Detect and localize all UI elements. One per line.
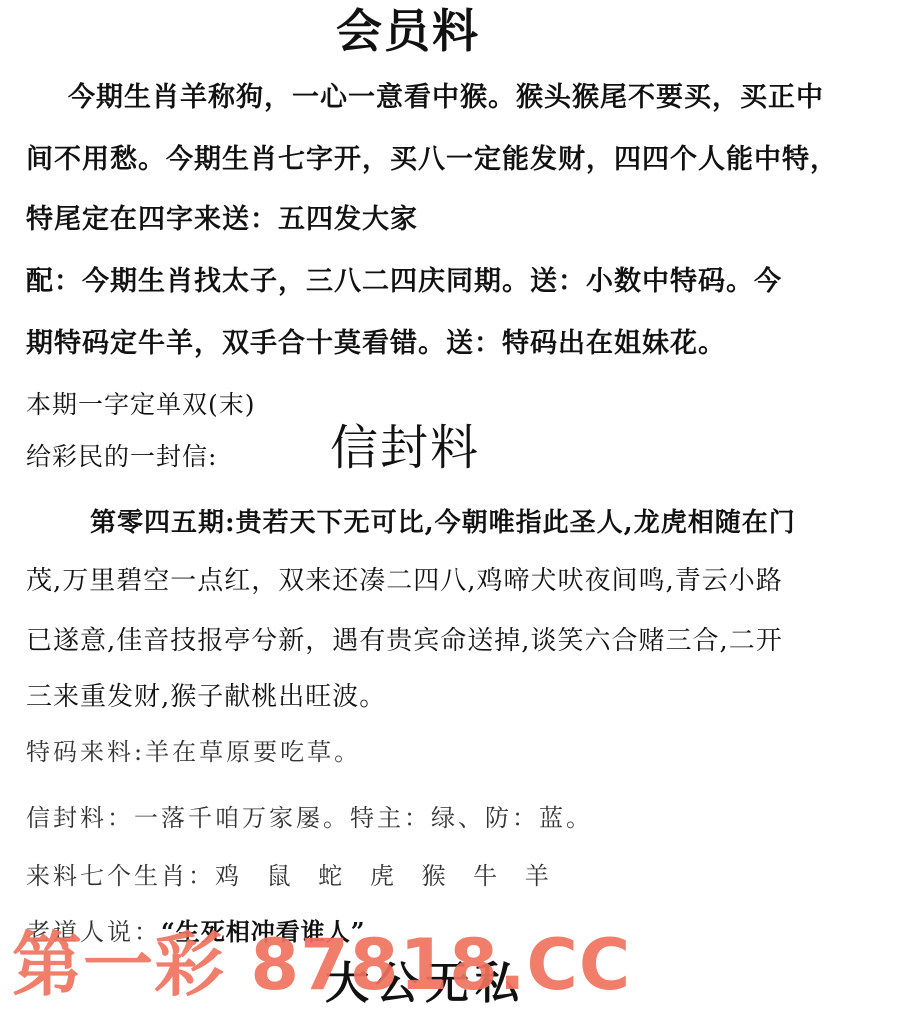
poem-line-1: 第零四五期:贵若天下无可比,今朝唯指此圣人,龙虎相随在门 xyxy=(90,510,796,536)
member-section-title: 会员料 xyxy=(336,8,480,54)
seven-zodiacs-row: 来料七个生肖：鸡 鼠 蛇 虎 猴 牛 羊 xyxy=(26,864,559,888)
member-line-1: 今期生肖羊称狗，一心一意看中猴。猴头猴尾不要买，买正中 xyxy=(68,84,824,111)
single-double-hint: 本期一字定单双(末) xyxy=(26,392,256,417)
site-watermark: 第一彩 87818.CC xyxy=(12,930,631,1000)
poem-line-2: 茂,万里碧空一点红，双来还凑二四八,鸡啼犬吠夜间鸣,青云小路 xyxy=(26,568,783,594)
envelope-material: 信封料：一落千咱万家屡。特主：绿、防：蓝。 xyxy=(26,806,593,830)
poem-line-3: 已遂意,佳音技报亭兮新，遇有贵宾命送掉,谈笑六合赌三合,二开 xyxy=(26,628,783,654)
member-line-3: 特尾定在四字来送：五四发大家 xyxy=(26,206,418,233)
seven-zodiacs-list: 鸡 鼠 蛇 虎 猴 牛 羊 xyxy=(215,862,559,890)
member-line-4: 配：今期生肖找太子，三八二四庆同期。送：小数中特码。今 xyxy=(26,268,782,295)
member-line-5: 期特码定牛羊，双手合十莫看错。送：特码出在姐妹花。 xyxy=(26,330,726,357)
member-line-2: 间不用愁。今期生肖七字开，买八一定能发财，四四个人能中特， xyxy=(26,146,838,173)
special-code-material: 特码来料:羊在草原要吃草。 xyxy=(26,740,361,764)
seven-zodiacs-label: 来料七个生肖： xyxy=(26,862,215,890)
poem-line-4: 三来重发财,猴子献桃出旺波。 xyxy=(26,684,386,710)
letter-intro: 给彩民的一封信: xyxy=(26,444,217,469)
envelope-section-title: 信封料 xyxy=(330,424,480,472)
lottery-document-page: 会员料 今期生肖羊称狗，一心一意看中猴。猴头猴尾不要买，买正中 间不用愁。今期生… xyxy=(0,0,908,1024)
